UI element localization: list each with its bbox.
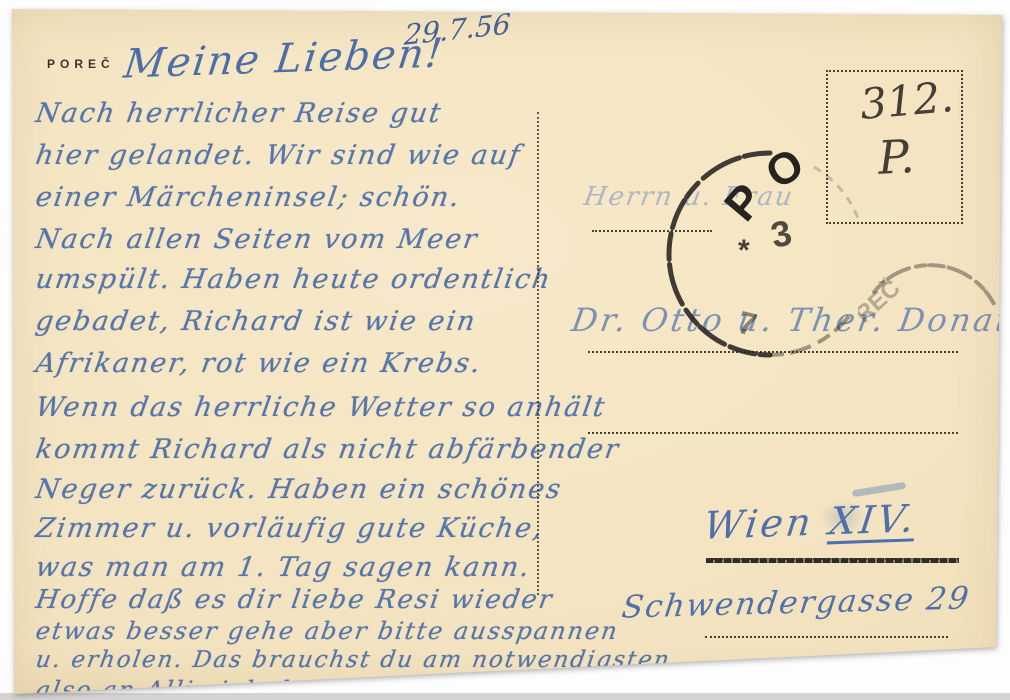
postcard-back: POREČ Meine Lieben! 29.7.56 Nach herrlic… bbox=[0, 0, 1010, 700]
postcard-wrap: POREČ Meine Lieben! 29.7.56 Nach herrlic… bbox=[0, 0, 1010, 700]
message-line: Wenn das herrliche Wetter so anhält bbox=[34, 392, 609, 423]
address-rule-3 bbox=[588, 432, 958, 434]
message-line: was man am 1. Tag sagen kann. bbox=[34, 552, 534, 583]
message-line: Nach herrlicher Reise gut bbox=[34, 98, 445, 129]
message-line: Hoffe daß es dir liebe Resi wieder bbox=[34, 585, 556, 615]
address-city: WienXIV. bbox=[701, 496, 919, 548]
postmark-stamp: P O * 3 7 bbox=[652, 136, 888, 372]
postmark-faint-glyph: 7 bbox=[734, 304, 760, 343]
address-city-name: Wien bbox=[701, 500, 816, 548]
postmark-faint-letters: REČ bbox=[858, 274, 906, 329]
message-line: also an Alli viele herzliche Grüße bbox=[34, 676, 509, 700]
postmark-day: 3 bbox=[767, 212, 795, 256]
postmark-stamp-faint: REČ bbox=[858, 246, 1010, 366]
message-line: etwas besser gehe aber bitte ausspannen bbox=[34, 617, 621, 645]
salutation-text: Meine Lieben! bbox=[121, 30, 446, 87]
postmark-letter-o: O bbox=[757, 139, 812, 199]
stamp-box-number: 312. bbox=[858, 72, 955, 129]
address-district: XIV. bbox=[827, 496, 919, 543]
message-line: gebadet, Richard ist wie ein bbox=[34, 306, 479, 337]
address-rule-4 bbox=[706, 558, 959, 563]
address-rule-5 bbox=[705, 636, 948, 638]
message-line: Neger zurück. Haben ein schönes bbox=[34, 474, 565, 505]
center-divider-line bbox=[537, 112, 539, 595]
date-handwritten: 29.7.56 bbox=[403, 7, 511, 52]
message-line: kommt Richard als nicht abfärbender bbox=[34, 434, 623, 465]
ink-overline-stroke bbox=[852, 482, 906, 497]
message-line: umspült. Haben heute ordentlich bbox=[34, 264, 555, 295]
message-line: u. erholen. Das brauchst du am notwendig… bbox=[34, 647, 673, 673]
message-line: Nach allen Seiten vom Meer bbox=[34, 224, 481, 255]
postmark-letter-p: P bbox=[714, 173, 774, 230]
location-imprint: POREČ bbox=[47, 57, 115, 71]
postmark-star: * bbox=[738, 234, 750, 267]
message-line: Afrikaner, rot wie ein Krebs. bbox=[34, 348, 485, 379]
postmark-arc-bottom bbox=[770, 316, 849, 355]
address-street: Schwendergasse 29 bbox=[620, 580, 973, 625]
message-line: hier gelandet. Wir sind wie auf bbox=[34, 140, 524, 171]
message-line: Zimmer u. vorläufig gute Küche, bbox=[34, 513, 547, 544]
postmark-arc-top-right bbox=[814, 167, 859, 221]
message-line: einer Märcheninsel; schön. bbox=[34, 182, 464, 213]
